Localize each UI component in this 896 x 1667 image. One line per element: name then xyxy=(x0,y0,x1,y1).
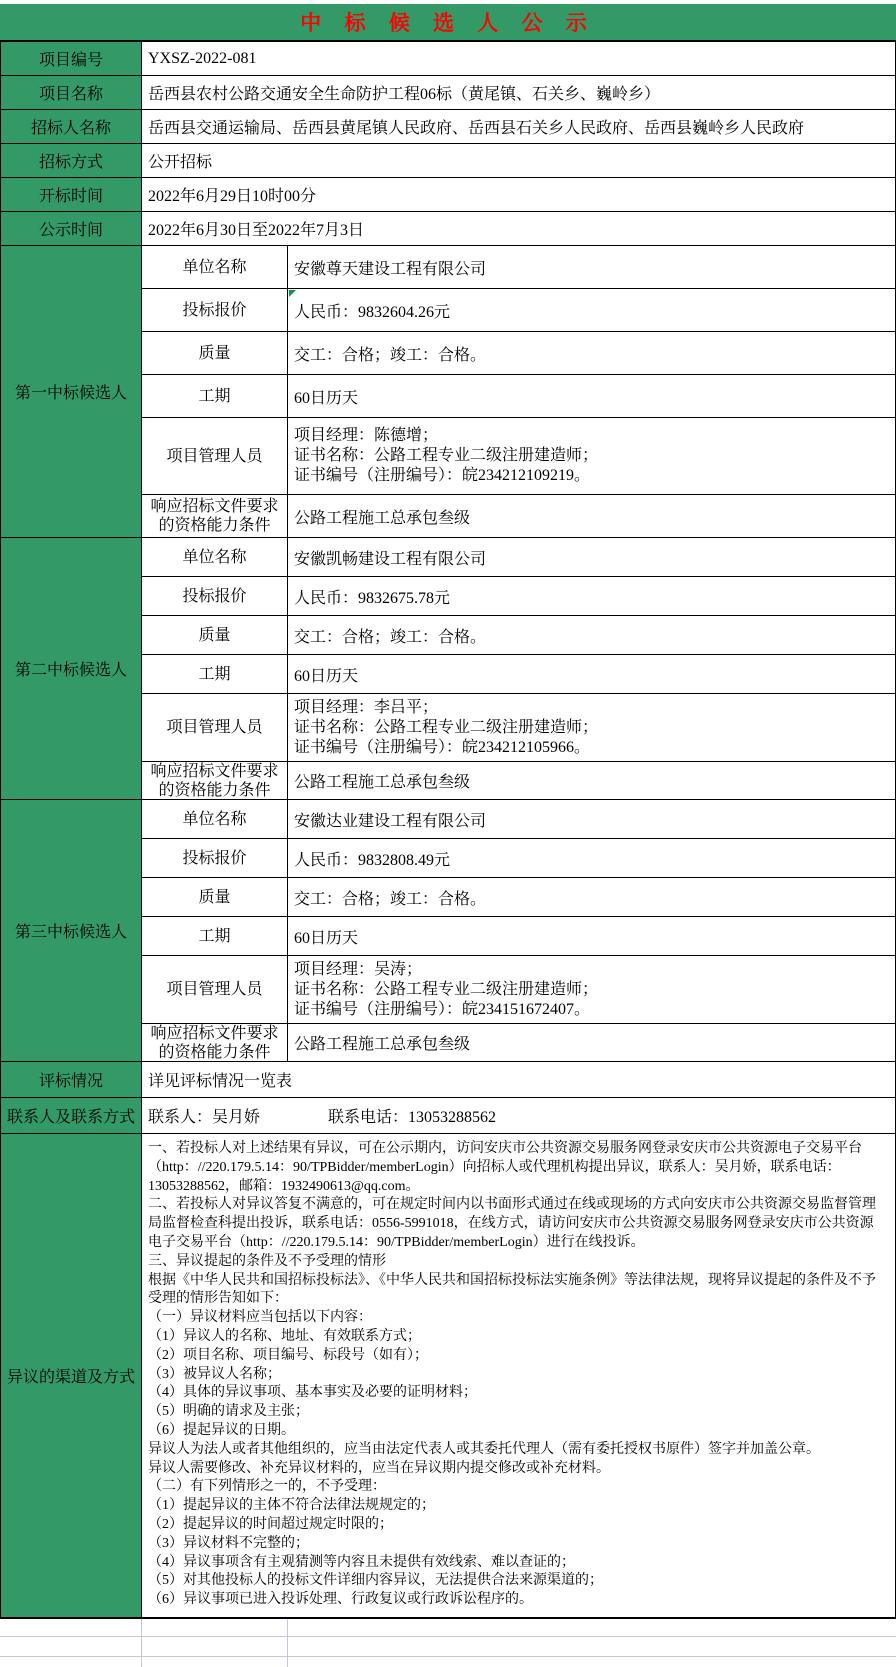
cell-error-flag-icon xyxy=(289,290,296,297)
bid-opening-time-value: 2022年6月29日10时00分 xyxy=(142,178,895,211)
candidate-2-manager-row: 项目管理人员 项目经理：李吕平； 证书名称：公路工程专业二级注册建造师； 证书编… xyxy=(142,694,895,762)
quality-value: 交工：合格；竣工：合格。 xyxy=(288,332,895,374)
duration-value: 60日历天 xyxy=(288,655,895,693)
qualification-label: 响应招标文件要求 的资格能力条件 xyxy=(142,495,288,537)
project-manager-value: 项目经理：李吕平； 证书名称：公路工程专业二级注册建造师； 证书编号（注册编号）… xyxy=(288,694,895,761)
project-manager-value: 项目经理：吴涛； 证书名称：公路工程专业二级注册建造师； 证书编号（注册编号）：… xyxy=(288,956,895,1023)
contact-phone: 联系电话：13053288562 xyxy=(328,1104,496,1127)
candidate-2-duration-row: 工期 60日历天 xyxy=(142,655,895,694)
candidate-3-quality-row: 质量 交工：合格；竣工：合格。 xyxy=(142,878,895,917)
project-number-row: 项目编号 YXSZ-2022-081 xyxy=(1,42,895,76)
candidate-3-price-row: 投标报价 人民币：9832808.49元 xyxy=(142,839,895,878)
candidate-1-price-row: 投标报价 人民币：9832604.26元 xyxy=(142,289,895,332)
candidate-1-manager-row: 项目管理人员 项目经理：陈德增； 证书名称：公路工程专业二级注册建造师； 证书编… xyxy=(142,418,895,495)
bid-price-label: 投标报价 xyxy=(142,289,288,331)
candidate-3-block: 第三中标候选人 单位名称 安徽达业建设工程有限公司 投标报价 人民币：98328… xyxy=(1,800,895,1062)
tender-method-label: 招标方式 xyxy=(1,144,142,177)
project-manager-label: 项目管理人员 xyxy=(142,418,288,494)
publicity-period-label: 公示时间 xyxy=(1,212,142,245)
unit-name-label: 单位名称 xyxy=(142,246,288,288)
candidate-1-quality-row: 质量 交工：合格；竣工：合格。 xyxy=(142,332,895,375)
project-number-value: YXSZ-2022-081 xyxy=(142,42,895,75)
duration-label: 工期 xyxy=(142,917,288,955)
candidate-1-duration-row: 工期 60日历天 xyxy=(142,375,895,418)
bid-opening-time-row: 开标时间 2022年6月29日10时00分 xyxy=(1,178,895,212)
contact-person: 联系人：吴月娇 xyxy=(148,1104,328,1127)
tenderer-name-label: 招标人名称 xyxy=(1,110,142,143)
announcement-table: 项目编号 YXSZ-2022-081 项目名称 岳西县农村公路交通安全生命防护工… xyxy=(0,42,896,1619)
quality-value: 交工：合格；竣工：合格。 xyxy=(288,616,895,654)
candidate-1-qualification-row: 响应招标文件要求 的资格能力条件 公路工程施工总承包叁级 xyxy=(142,495,895,537)
candidate-2-unit-row: 单位名称 安徽凯畅建设工程有限公司 xyxy=(142,538,895,577)
candidate-1-rank: 第一中标候选人 xyxy=(1,246,142,537)
objection-text: 一、若投标人对上述结果有异议，可在公示期内，访问安庆市公共资源交易服务网登录安庆… xyxy=(142,1134,895,1617)
grid-column-line xyxy=(287,1619,288,1667)
bid-price-label: 投标报价 xyxy=(142,577,288,615)
announcement-banner: 中 标 候 选 人 公 示 xyxy=(0,4,896,42)
project-manager-label: 项目管理人员 xyxy=(142,694,288,761)
contact-row: 联系人及联系方式 联系人：吴月娇 联系电话：13053288562 xyxy=(1,1098,895,1134)
bid-price-value: 人民币：9832675.78元 xyxy=(288,577,895,615)
unit-name-label: 单位名称 xyxy=(142,538,288,576)
candidate-3-manager-row: 项目管理人员 项目经理：吴涛； 证书名称：公路工程专业二级注册建造师； 证书编号… xyxy=(142,956,895,1024)
duration-label: 工期 xyxy=(142,655,288,693)
page-title: 中 标 候 选 人 公 示 xyxy=(300,7,596,37)
tenderer-name-row: 招标人名称 岳西县交通运输局、岳西县黄尾镇人民政府、岳西县石关乡人民政府、岳西县… xyxy=(1,110,895,144)
qualification-label: 响应招标文件要求 的资格能力条件 xyxy=(142,1024,288,1061)
candidate-2-price-row: 投标报价 人民币：9832675.78元 xyxy=(142,577,895,616)
candidate-1-unit-row: 单位名称 安徽尊天建设工程有限公司 xyxy=(142,246,895,289)
contact-label: 联系人及联系方式 xyxy=(1,1098,142,1133)
unit-name-value: 安徽尊天建设工程有限公司 xyxy=(288,246,895,288)
duration-label: 工期 xyxy=(142,375,288,417)
candidate-2-rank: 第二中标候选人 xyxy=(1,538,142,799)
tender-method-value: 公开招标 xyxy=(142,144,895,177)
qualification-value: 公路工程施工总承包叁级 xyxy=(288,762,895,799)
project-manager-value: 项目经理：陈德增； 证书名称：公路工程专业二级注册建造师； 证书编号（注册编号）… xyxy=(288,418,895,494)
bid-opening-time-label: 开标时间 xyxy=(1,178,142,211)
project-name-row: 项目名称 岳西县农村公路交通安全生命防护工程06标（黄尾镇、石关乡、巍岭乡） xyxy=(1,76,895,110)
publicity-period-row: 公示时间 2022年6月30日至2022年7月3日 xyxy=(1,212,895,246)
publicity-period-value: 2022年6月30日至2022年7月3日 xyxy=(142,212,895,245)
grid-column-line xyxy=(141,1619,142,1667)
candidate-1-block: 第一中标候选人 单位名称 安徽尊天建设工程有限公司 投标报价 人民币：98326… xyxy=(1,246,895,538)
project-name-label: 项目名称 xyxy=(1,76,142,109)
qualification-label: 响应招标文件要求 的资格能力条件 xyxy=(142,762,288,799)
quality-label: 质量 xyxy=(142,878,288,916)
evaluation-label: 评标情况 xyxy=(1,1062,142,1097)
objection-row: 异议的渠道及方式 一、若投标人对上述结果有异议，可在公示期内，访问安庆市公共资源… xyxy=(1,1134,895,1619)
bid-price-label: 投标报价 xyxy=(142,839,288,877)
candidate-3-rank: 第三中标候选人 xyxy=(1,800,142,1061)
qualification-value: 公路工程施工总承包叁级 xyxy=(288,1024,895,1061)
project-name-value: 岳西县农村公路交通安全生命防护工程06标（黄尾镇、石关乡、巍岭乡） xyxy=(142,76,895,109)
project-number-label: 项目编号 xyxy=(1,42,142,75)
candidate-3-unit-row: 单位名称 安徽达业建设工程有限公司 xyxy=(142,800,895,839)
tenderer-name-value: 岳西县交通运输局、岳西县黄尾镇人民政府、岳西县石关乡人民政府、岳西县巍岭乡人民政… xyxy=(142,110,895,143)
unit-name-value: 安徽达业建设工程有限公司 xyxy=(288,800,895,838)
quality-label: 质量 xyxy=(142,332,288,374)
tender-method-row: 招标方式 公开招标 xyxy=(1,144,895,178)
unit-name-value: 安徽凯畅建设工程有限公司 xyxy=(288,538,895,576)
evaluation-value: 详见评标情况一览表 xyxy=(142,1062,895,1097)
contact-value: 联系人：吴月娇 联系电话：13053288562 xyxy=(142,1098,895,1133)
evaluation-row: 评标情况 详见评标情况一览表 xyxy=(1,1062,895,1098)
duration-value: 60日历天 xyxy=(288,375,895,417)
quality-value: 交工：合格；竣工：合格。 xyxy=(288,878,895,916)
candidate-2-qualification-row: 响应招标文件要求 的资格能力条件 公路工程施工总承包叁级 xyxy=(142,762,895,799)
qualification-value: 公路工程施工总承包叁级 xyxy=(288,495,895,537)
empty-grid-row xyxy=(0,1619,896,1637)
candidate-2-block: 第二中标候选人 单位名称 安徽凯畅建设工程有限公司 投标报价 人民币：98326… xyxy=(1,538,895,800)
project-manager-label: 项目管理人员 xyxy=(142,956,288,1023)
unit-name-label: 单位名称 xyxy=(142,800,288,838)
bid-price-value: 人民币：9832808.49元 xyxy=(288,839,895,877)
bid-price-value: 人民币：9832604.26元 xyxy=(288,289,895,331)
empty-grid-row xyxy=(0,1637,896,1657)
candidate-3-duration-row: 工期 60日历天 xyxy=(142,917,895,956)
candidate-2-quality-row: 质量 交工：合格；竣工：合格。 xyxy=(142,616,895,655)
duration-value: 60日历天 xyxy=(288,917,895,955)
empty-grid xyxy=(0,1619,896,1667)
candidate-3-qualification-row: 响应招标文件要求 的资格能力条件 公路工程施工总承包叁级 xyxy=(142,1024,895,1061)
quality-label: 质量 xyxy=(142,616,288,654)
objection-label: 异议的渠道及方式 xyxy=(1,1134,142,1617)
